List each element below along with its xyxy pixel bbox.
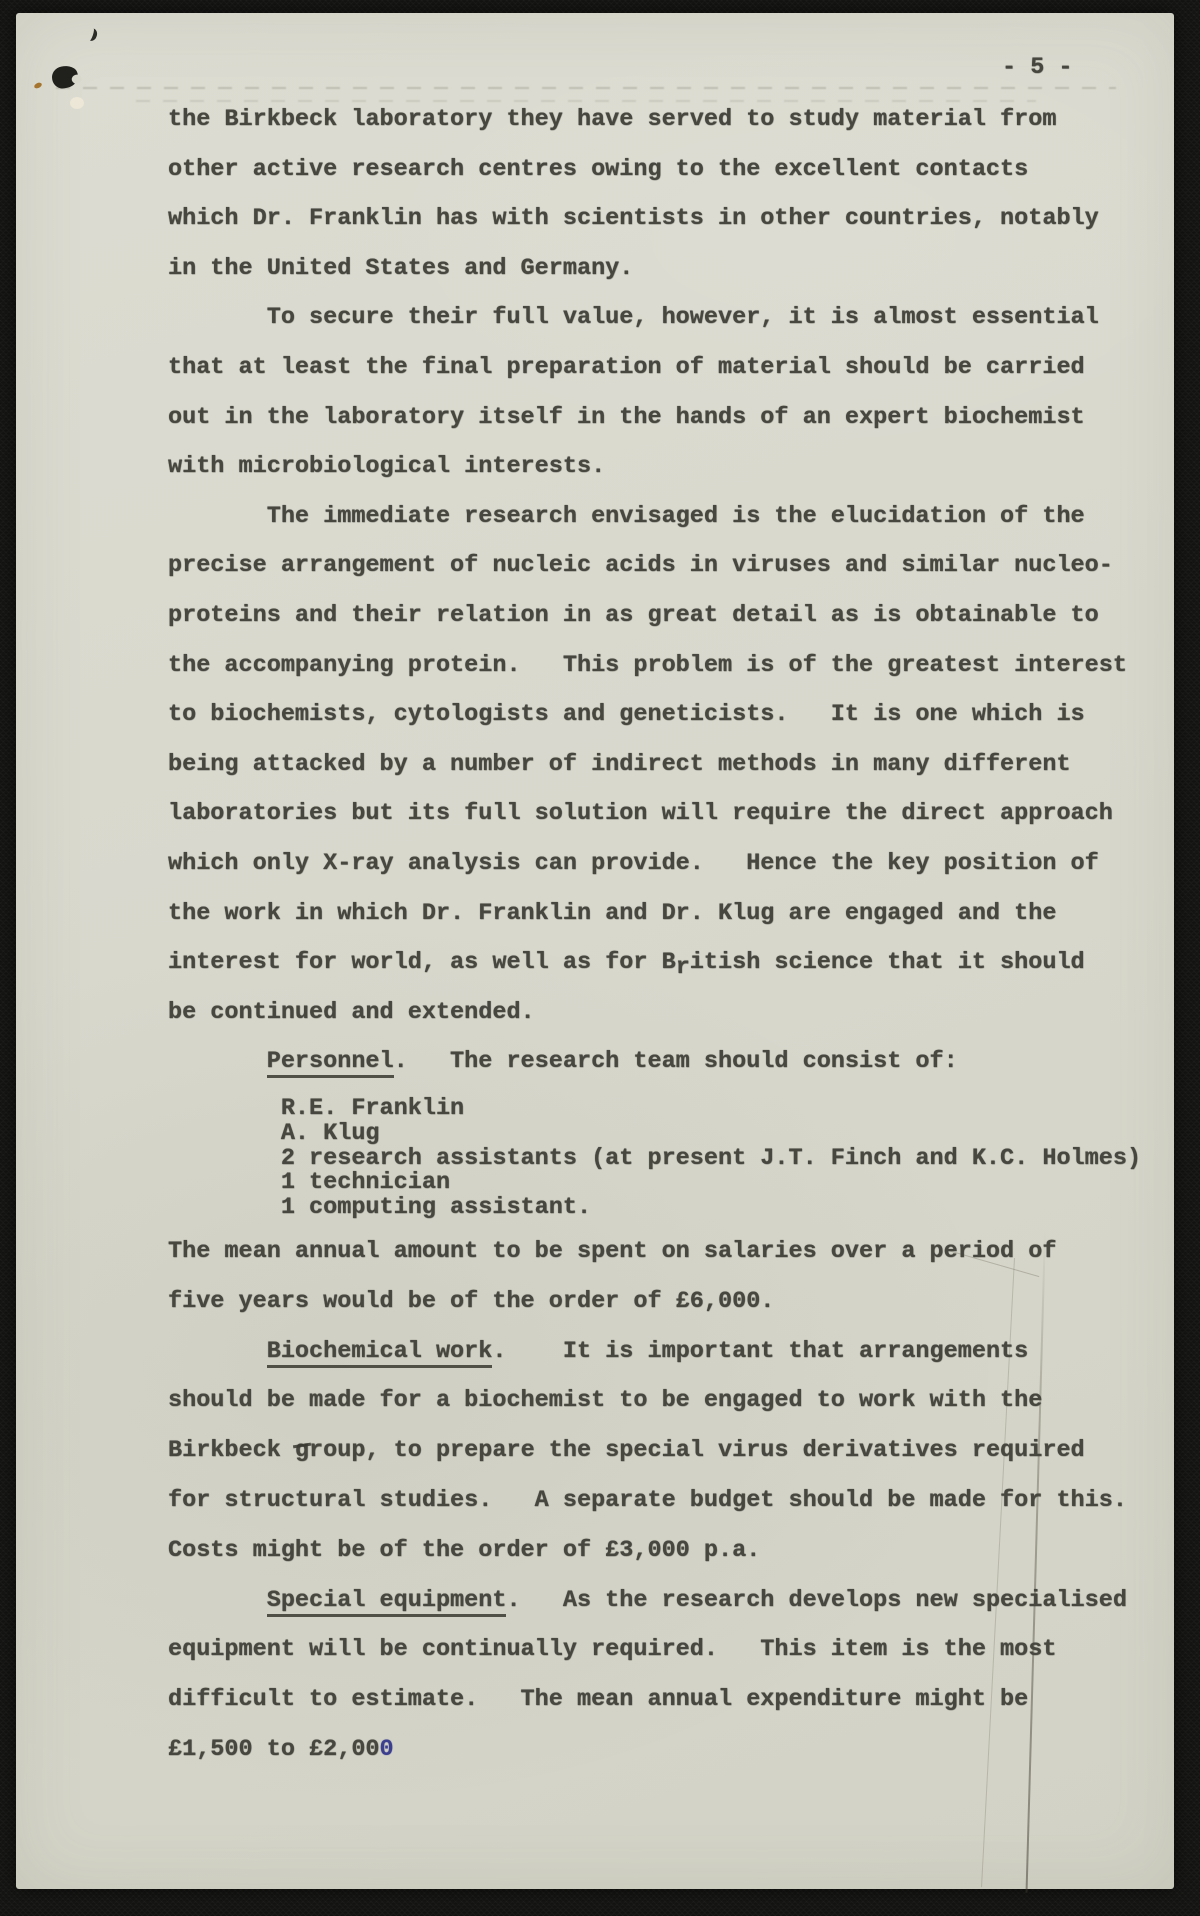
- text-line: 1 technician: [168, 1171, 1141, 1196]
- text-segment: The mean annual amount to be spent on sa…: [168, 1238, 1056, 1265]
- text-line: Birkbeck group, to prepare the special v…: [168, 1426, 1127, 1476]
- text-line: be continued and extended.: [168, 988, 1127, 1038]
- text-segment: laboratories but its full solution will …: [168, 800, 1113, 827]
- subscript-character: r: [676, 954, 690, 981]
- text-line: that at least the final preparation of m…: [168, 343, 1127, 393]
- text-line: which Dr. Franklin has with scientists i…: [168, 194, 1127, 244]
- text-segment: [168, 1338, 267, 1365]
- text-segment: [168, 1048, 267, 1075]
- text-segment: Birkbeck: [168, 1437, 295, 1464]
- text-line: Biochemical work. It is important that a…: [168, 1327, 1127, 1377]
- text-segment: 2 research assistants (at present J.T. F…: [168, 1145, 1141, 1172]
- underlined-heading: Special equipment: [267, 1587, 507, 1617]
- text-segment: A. Klug: [168, 1120, 380, 1147]
- text-segment: 1 computing assistant.: [168, 1194, 591, 1221]
- text-segment: Costs might be of the order of £3,000 p.…: [168, 1537, 760, 1564]
- text-line: for structural studies. A separate budge…: [168, 1476, 1127, 1526]
- text-line: 1 computing assistant.: [168, 1196, 1141, 1221]
- text-segment: that at least the final preparation of m…: [168, 354, 1085, 381]
- text-segment: 1 technician: [168, 1169, 450, 1196]
- personnel-list: R.E. Franklin A. Klug 2 research assista…: [168, 1097, 1141, 1221]
- text-line: in the United States and Germany.: [168, 244, 1127, 294]
- text-segment: be continued and extended.: [168, 999, 535, 1026]
- text-segment: roup, to prepare the special virus deriv…: [309, 1437, 1085, 1464]
- text-segment: [168, 1587, 267, 1614]
- text-line: the work in which Dr. Franklin and Dr. K…: [168, 889, 1127, 939]
- text-segment: which Dr. Franklin has with scientists i…: [168, 205, 1099, 232]
- text-segment: out in the laboratory itself in the hand…: [168, 404, 1085, 431]
- text-segment: which only X-ray analysis can provide. H…: [168, 850, 1099, 877]
- text-segment: the work in which Dr. Franklin and Dr. K…: [168, 900, 1056, 927]
- paper-speck: [33, 82, 42, 90]
- text-segment: five years would be of the order of £6,0…: [168, 1288, 774, 1315]
- text-line: equipment will be continually required. …: [168, 1625, 1127, 1675]
- text-line: the Birkbeck laboratory they have served…: [168, 95, 1127, 145]
- overstruck-character: g: [295, 1426, 309, 1476]
- text-line: to biochemists, cytologists and genetici…: [168, 690, 1127, 740]
- text-segment: proteins and their relation in as great …: [168, 602, 1099, 629]
- document-page: - 5 - the Birkbeck laboratory they have …: [16, 13, 1174, 1889]
- text-line: A. Klug: [168, 1122, 1141, 1147]
- text-line: interest for world, as well as for Briti…: [168, 938, 1127, 988]
- ink-blot: [50, 64, 80, 91]
- text-segment: . The research team should consist of:: [394, 1048, 958, 1075]
- scan-streak: [56, 87, 1116, 89]
- text-segment: in the United States and Germany.: [168, 255, 633, 282]
- text-segment: other active research centres owing to t…: [168, 156, 1028, 183]
- text-line: Personnel. The research team should cons…: [168, 1037, 1127, 1087]
- text-segment: difficult to estimate. The mean annual e…: [168, 1686, 1028, 1713]
- text-segment: £1,500 to £2,00: [168, 1736, 380, 1763]
- text-line: To secure their full value, however, it …: [168, 293, 1127, 343]
- text-line: Special equipment. As the research devel…: [168, 1576, 1127, 1626]
- text-segment: to biochemists, cytologists and genetici…: [168, 701, 1085, 728]
- text-line: which only X-ray analysis can provide. H…: [168, 839, 1127, 889]
- text-line: the accompanying protein. This problem i…: [168, 641, 1127, 691]
- paper-spot: [70, 97, 84, 109]
- text-segment: . It is important that arrangements: [492, 1338, 1028, 1365]
- text-segment: interest for world, as well as for B: [168, 949, 676, 976]
- underlined-heading: Personnel: [267, 1048, 394, 1078]
- text-segment: To secure their full value, however, it …: [168, 304, 1099, 331]
- text-line: out in the laboratory itself in the hand…: [168, 393, 1127, 443]
- text-line: 2 research assistants (at present J.T. F…: [168, 1147, 1141, 1172]
- text-line: other active research centres owing to t…: [168, 145, 1127, 195]
- text-segment: being attacked by a number of indirect m…: [168, 751, 1071, 778]
- ink-mark: [84, 27, 98, 43]
- text-line: being attacked by a number of indirect m…: [168, 740, 1127, 790]
- text-segment: equipment will be continually required. …: [168, 1636, 1056, 1663]
- handwritten-zero: 0: [380, 1736, 394, 1763]
- text-segment: . As the research develops new specialis…: [506, 1587, 1127, 1614]
- text-segment: with microbiological interests.: [168, 453, 605, 480]
- text-line: laboratories but its full solution will …: [168, 789, 1127, 839]
- text-segment: the Birkbeck laboratory they have served…: [168, 106, 1056, 133]
- text-line: difficult to estimate. The mean annual e…: [168, 1675, 1127, 1725]
- text-line: should be made for a biochemist to be en…: [168, 1376, 1127, 1426]
- text-segment: for structural studies. A separate budge…: [168, 1487, 1127, 1514]
- text-line: five years would be of the order of £6,0…: [168, 1277, 1127, 1327]
- typewritten-paragraphs-upper: the Birkbeck laboratory they have served…: [168, 95, 1127, 1087]
- text-segment: should be made for a biochemist to be en…: [168, 1387, 1042, 1414]
- text-line: £1,500 to £2,000: [168, 1725, 1127, 1775]
- text-segment: the accompanying protein. This problem i…: [168, 652, 1127, 679]
- text-segment: precise arrangement of nucleic acids in …: [168, 552, 1113, 579]
- text-segment: itish science that it should: [690, 949, 1085, 976]
- underlined-heading: Biochemical work: [267, 1338, 493, 1368]
- typewritten-paragraphs-lower: The mean annual amount to be spent on sa…: [168, 1227, 1127, 1775]
- text-segment: R.E. Franklin: [168, 1095, 464, 1122]
- text-line: The mean annual amount to be spent on sa…: [168, 1227, 1127, 1277]
- text-line: with microbiological interests.: [168, 442, 1127, 492]
- text-line: Costs might be of the order of £3,000 p.…: [168, 1526, 1127, 1576]
- text-segment: The immediate research envisaged is the …: [168, 503, 1085, 530]
- text-line: proteins and their relation in as great …: [168, 591, 1127, 641]
- page-number: - 5 -: [1002, 43, 1073, 93]
- text-line: precise arrangement of nucleic acids in …: [168, 541, 1127, 591]
- text-line: The immediate research envisaged is the …: [168, 492, 1127, 542]
- text-line: R.E. Franklin: [168, 1097, 1141, 1122]
